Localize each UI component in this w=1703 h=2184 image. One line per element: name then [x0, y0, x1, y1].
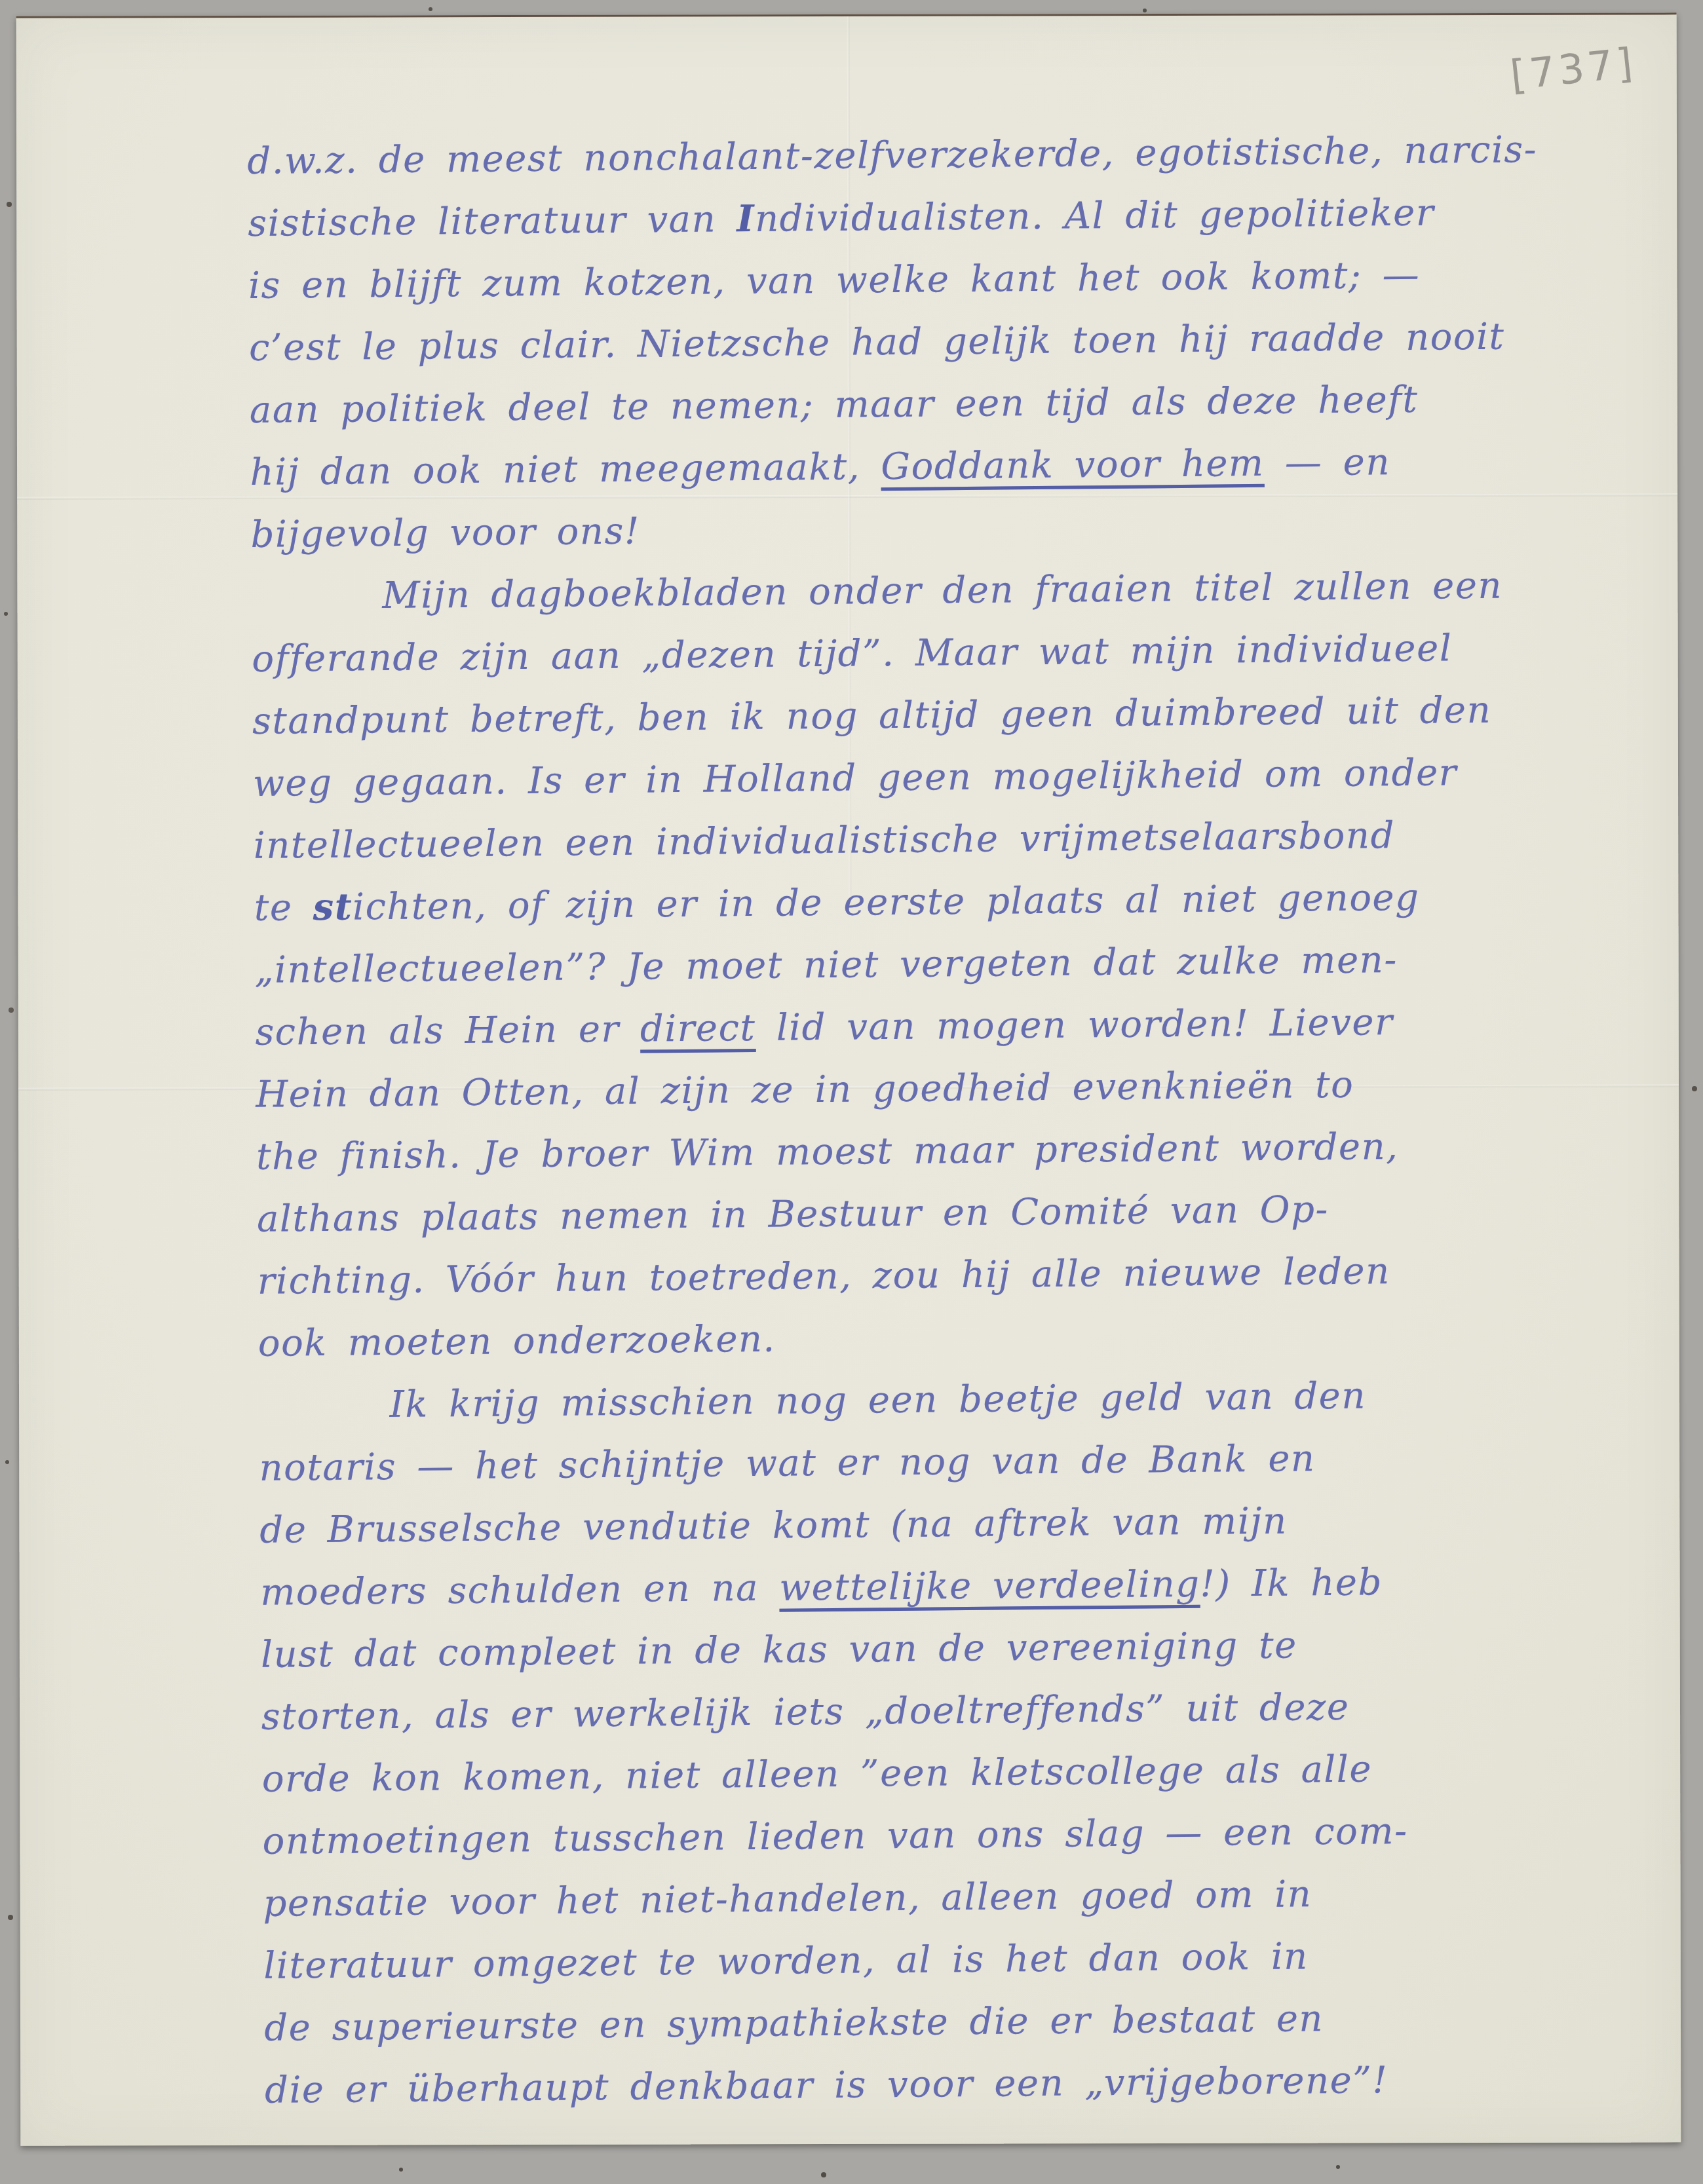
underlined-text: Goddank voor hem [881, 442, 1265, 488]
letter-text: !) Ik heb [1200, 1561, 1383, 1606]
letter-text: standpunt betreft, ben ik nog altijd gee… [252, 689, 1492, 743]
letter-text: d.w.z. de meest nonchalant-zelfverzekerd… [247, 128, 1537, 183]
letter-line: weg gegaan. Is er in Holland geen mogeli… [253, 740, 1649, 815]
underlined-text: direct [640, 1007, 756, 1051]
letter-text: richting. Vóór hun toetreden, zou hij al… [258, 1250, 1390, 1303]
letter-text-block: d.w.z. de meest nonchalant-zelfverzekerd… [247, 118, 1661, 2122]
letter-text: weg gegaan. Is er in Holland geen mogeli… [253, 751, 1457, 805]
letter-text: de Brusselsche vendutie komt (na aftrek … [259, 1500, 1288, 1552]
letter-text: de superieurste en sympathiekste die er … [264, 1997, 1324, 2050]
letter-text: intellectueelen een individualistische v… [254, 814, 1396, 867]
letter-text: bijgevolg voor ons! [250, 510, 640, 556]
scan-background: [737] d.w.z. de meest nonchalant-zelfver… [0, 0, 1703, 2184]
letter-line: die er überhaupt denkbaar is voor een „v… [265, 2046, 1661, 2121]
letter-text: orde kon komen, niet alleen ”een kletsco… [262, 1748, 1373, 1800]
letter-text: aan politiek deel te nemen; maar een tij… [250, 379, 1419, 432]
letter-text: ook moeten onderzoeken. [258, 1318, 776, 1365]
letter-text: lid van mogen worden! Liever [756, 1001, 1393, 1049]
letter-text: hij dan ook niet meegemaakt, [250, 445, 881, 494]
letter-text: storten, als er werkelijk iets „doeltref… [261, 1686, 1350, 1739]
emphasized-text: st [313, 886, 353, 930]
letter-text: Hein dan Otten, al zijn ze in goedheid e… [256, 1064, 1354, 1116]
letter-text: Mijn dagboekbladen onder den fraaien tit… [382, 565, 1502, 618]
letter-text: sistische literatuur van [248, 198, 737, 245]
letter-text: moeders schulden en na [260, 1567, 780, 1614]
emphasized-text: I [737, 197, 755, 240]
letter-text: die er überhaupt denkbaar is voor een „v… [265, 2059, 1388, 2112]
letter-text: te [254, 886, 313, 930]
letter-text: althans plaats nemen in Bestuur en Comit… [257, 1188, 1329, 1241]
letter-page: [737] d.w.z. de meest nonchalant-zelfver… [16, 12, 1681, 2145]
letter-text: „intellectueelen”? Je moet niet vergeten… [254, 939, 1398, 992]
letter-text: ontmoetingen tusschen lieden van ons sla… [262, 1810, 1407, 1863]
letter-text: pensatie voor het niet-handelen, alleen … [263, 1873, 1312, 1925]
letter-text: offerande zijn aan „dezen tijd”. Maar wa… [252, 627, 1452, 681]
letter-text: c’est le plus clair. Nietzsche had gelij… [249, 316, 1505, 369]
letter-text: — en [1264, 441, 1390, 485]
letter-text: literatuur omgezet te worden, al is het … [263, 1935, 1309, 1987]
letter-text: schen als Hein er [255, 1008, 640, 1054]
letter-line: sistische literatuur van Individualisten… [248, 180, 1644, 255]
letter-text: notaris — het schijntje wat er nog van d… [259, 1437, 1316, 1490]
archival-page-number: [737] [1508, 39, 1638, 100]
letter-text: the finish. Je broer Wim moest maar pres… [256, 1125, 1399, 1178]
letter-text: is en blijft zum kotzen, van welke kant … [248, 254, 1421, 307]
letter-text: ichten, of zijn er in de eerste plaats a… [353, 876, 1420, 929]
letter-text: Ik krijg misschien nog een beetje geld v… [389, 1375, 1366, 1427]
letter-text: lust dat compleet in de kas van de veree… [261, 1624, 1297, 1676]
underlined-text: wettelijke verdeeling [779, 1563, 1200, 1610]
letter-line: c’est le plus clair. Nietzsche had gelij… [249, 305, 1645, 379]
letter-text: ndividualisten. Al dit gepolitieker [755, 191, 1435, 240]
